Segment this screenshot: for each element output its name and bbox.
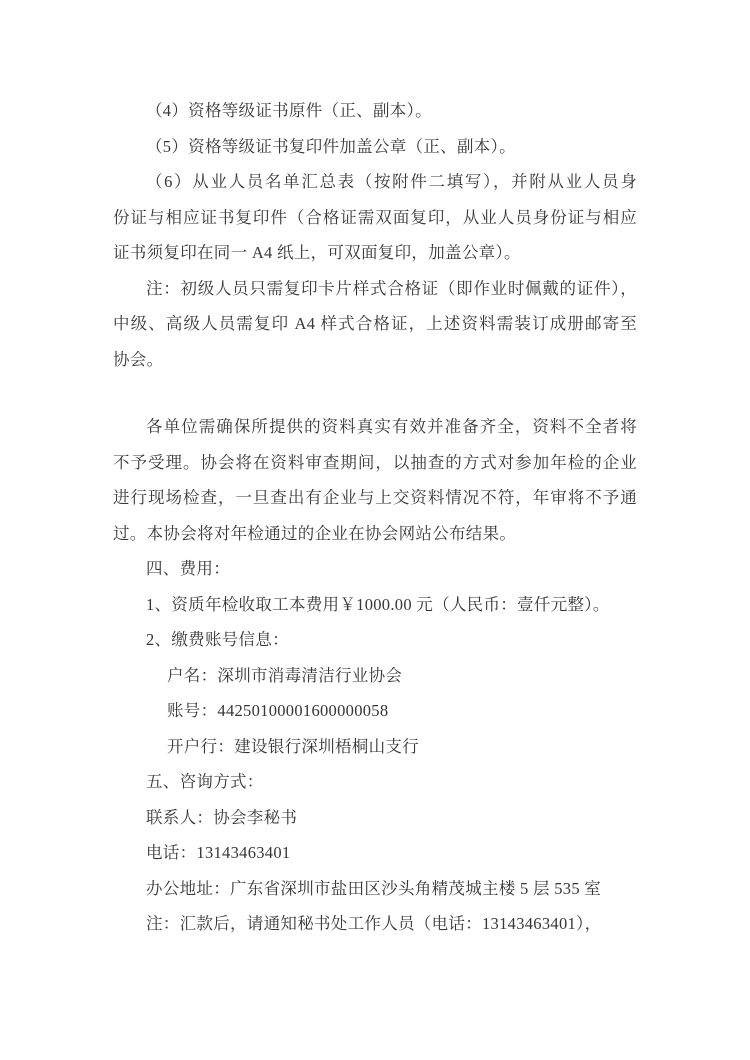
line-item-6-continuation-1: 份证与相应证书复印件（合格证需双面复印，从业人员身份证与相应 (113, 200, 637, 236)
line-verification-para-3: 进行现场检查，一旦查出有企业与上交资料情况不符，年审将不予通 (113, 480, 637, 516)
line-verification-para-4: 过。本协会将对年检通过的企业在协会网站公布结果。 (113, 516, 637, 552)
line-heading-fees: 四、费用： (113, 551, 637, 587)
line-office-address: 办公地址：广东省深圳市盐田区沙头角精茂城主楼 5 层 535 室 (113, 871, 637, 907)
line-verification-para-2: 不予受理。协会将在资料审查期间，以抽查的方式对参加年检的企业 (113, 445, 637, 481)
paragraph-gap (113, 377, 637, 409)
line-account-number: 账号：44250100001600000058 (113, 693, 637, 729)
line-note-continuation-2: 协会。 (113, 342, 637, 378)
line-note-continuation-1: 中级、高级人员需复印 A4 样式合格证，上述资料需装订成册邮寄至 (113, 306, 637, 342)
line-remittance-note: 注：汇款后，请通知秘书处工作人员（电话：13143463401）， (113, 906, 637, 942)
line-note-certificate-copy: 注：初级人员只需复印卡片样式合格证（即作业时佩戴的证件）， (113, 271, 637, 307)
line-bank-branch: 开户行：建设银行深圳梧桐山支行 (113, 729, 637, 765)
line-verification-para-1: 各单位需确保所提供的资料真实有效并准备齐全，资料不全者将 (113, 409, 637, 445)
line-payment-account-heading: 2、缴费账号信息： (113, 622, 637, 658)
line-item-5-certificate-copy: （5）资格等级证书复印件加盖公章（正、副本）。 (113, 129, 637, 165)
line-item-6-personnel-list: （6）从业人员名单汇总表（按附件二填写），并附从业人员身 (113, 164, 637, 200)
line-account-name: 户名：深圳市消毒清洁行业协会 (113, 658, 637, 694)
document-text-block: （4）资格等级证书原件（正、副本）。 （5）资格等级证书复印件加盖公章（正、副本… (113, 93, 637, 942)
line-fee-amount: 1、资质年检收取工本费用￥1000.00 元（人民币：壹仟元整）。 (113, 587, 637, 623)
line-item-4-certificate-original: （4）资格等级证书原件（正、副本）。 (113, 93, 637, 129)
document-page: （4）资格等级证书原件（正、副本）。 （5）资格等级证书复印件加盖公章（正、副本… (0, 0, 750, 1060)
line-item-6-continuation-2: 证书须复印在同一 A4 纸上，可双面复印，加盖公章）。 (113, 235, 637, 271)
line-contact-phone: 电话：13143463401 (113, 835, 637, 871)
line-contact-person: 联系人：协会李秘书 (113, 800, 637, 836)
line-heading-contact: 五、咨询方式： (113, 764, 637, 800)
